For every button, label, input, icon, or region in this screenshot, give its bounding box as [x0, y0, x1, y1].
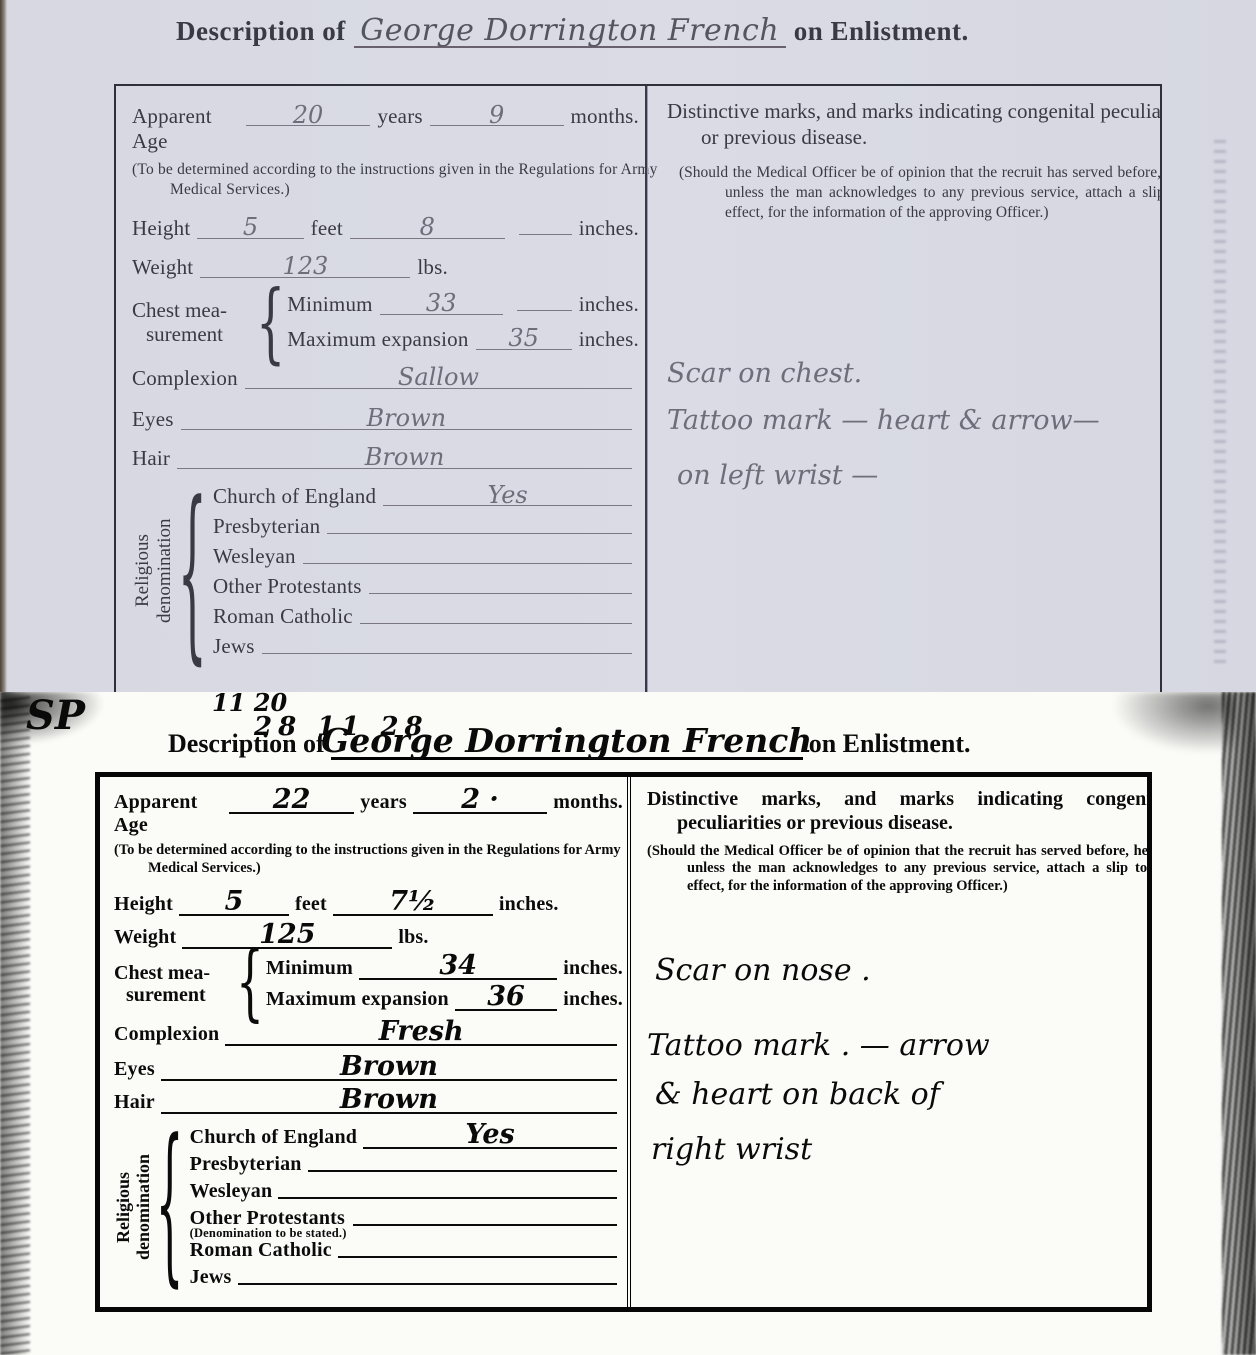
distinctive-marks-heading: Distinctive marks, and marks indicating …: [667, 98, 1162, 151]
jews-line: [238, 1266, 618, 1285]
religion-label-line1: Religious: [113, 1172, 133, 1243]
marks-line-2: Tattoo mark — heart & arrow—: [667, 410, 1162, 433]
height-inches-value: 7½: [389, 891, 436, 914]
weight-label: Weight: [132, 255, 193, 280]
roman-catholic-label: Roman Catholic: [213, 604, 353, 629]
field-weight: Weight 123 lbs.: [132, 255, 639, 280]
months-label: months.: [571, 104, 640, 129]
church-of-england-label: Church of England: [190, 1126, 358, 1149]
age-years-value: 20: [293, 105, 324, 125]
document-bottom: SP 11 20 28 11 28 Description of George …: [0, 692, 1256, 1355]
chest-minimum-value: 34: [439, 955, 477, 978]
jews-label: Jews: [213, 634, 255, 659]
religion-vertical-label: Religious denomination: [132, 481, 176, 661]
religion-rows: Church of England Yes Presbyterian Wesle…: [213, 484, 639, 659]
marks-line-1: Scar on nose .: [647, 953, 1152, 988]
chest-maximum-line: 36: [455, 993, 557, 1012]
chest-minimum-unit: inches.: [563, 957, 623, 980]
recruit-name-handwriting: George Dorrington French: [321, 724, 812, 757]
title-prefix: Description of: [168, 729, 325, 759]
age-months-value: 2 ·: [461, 789, 499, 812]
eyes-value: Brown: [367, 408, 447, 428]
age-instruction-note: (To be determined according to the instr…: [114, 842, 650, 877]
complexion-value: Sallow: [398, 367, 479, 387]
blank-line: [519, 217, 572, 235]
chest-minimum-row: Minimum 34 inches.: [266, 957, 623, 980]
chest-label-line2: surement: [132, 322, 223, 346]
apparent-age-label: Apparent Age: [114, 791, 223, 837]
height-inches-line: 7½: [333, 898, 493, 917]
complexion-label: Complexion: [114, 1023, 219, 1046]
other-protestants-label-block: Other Protestants (Denomination to be st…: [190, 1207, 347, 1239]
height-label: Height: [132, 216, 190, 241]
form-left-column: Apparent Age 22 years 2 · months. (To be…: [100, 777, 627, 1307]
presbyterian-label: Presbyterian: [213, 514, 320, 539]
chest-minimum-line: 33: [380, 297, 503, 315]
age-months-line: 9: [430, 109, 564, 127]
chest-rows: Minimum 33 inches. Maximum expansion 35 …: [287, 292, 639, 352]
field-weight: Weight 125 lbs.: [114, 926, 623, 949]
field-complexion: Complexion Sallow: [132, 366, 639, 391]
chest-label-line2: surement: [114, 984, 206, 1006]
marks-line-3: & heart on back of: [647, 1077, 1152, 1112]
hair-label: Hair: [132, 446, 170, 471]
chest-minimum-value: 33: [426, 293, 457, 313]
religion-rows: Church of England Yes Presbyterian Wesle…: [190, 1126, 623, 1289]
chest-rows: Minimum 34 inches. Maximum expansion 36 …: [266, 957, 623, 1011]
chest-brace-glyph: {: [256, 279, 285, 366]
chest-label: Chest mea- surement: [114, 962, 234, 1006]
recruit-name-line: George Dorrington French: [354, 16, 786, 48]
feet-label: feet: [295, 893, 327, 916]
lbs-label: lbs.: [417, 255, 448, 280]
title-suffix: on Enlistment.: [794, 16, 969, 47]
age-instruction-note: (To be determined according to the instr…: [132, 160, 678, 200]
religion-label-line2: denomination: [133, 1154, 153, 1260]
distinctive-marks-heading: Distinctive marks, and marks indicating …: [647, 787, 1152, 835]
age-years-value: 22: [273, 789, 311, 812]
document-top: Description of George Dorrington French …: [0, 0, 1256, 692]
chest-label-line1: Chest mea-: [132, 298, 227, 322]
other-protestants-line: [369, 576, 632, 594]
church-of-england-line: Yes: [383, 488, 632, 506]
marks-line-2: Tattoo mark . — arrow: [647, 1028, 1152, 1063]
chest-minimum-label: Minimum: [266, 957, 353, 980]
scan-artifact-right-margin: [1214, 140, 1226, 670]
hair-value: Brown: [340, 1089, 438, 1112]
field-height: Height 5 feet 8 inches.: [132, 216, 639, 241]
chest-label: Chest mea- surement: [132, 298, 254, 346]
feet-label: feet: [311, 216, 343, 241]
eyes-label: Eyes: [132, 407, 174, 432]
chest-maximum-label: Maximum expansion: [266, 988, 449, 1011]
roman-catholic-line: [338, 1239, 617, 1258]
jews-line: [262, 636, 632, 654]
months-label: months.: [553, 791, 623, 814]
height-inches-value: 8: [420, 217, 435, 237]
religion-row-other-protestants: Other Protestants: [213, 574, 639, 599]
weight-value: 125: [259, 924, 315, 947]
chest-maximum-row: Maximum expansion 36 inches.: [266, 988, 623, 1011]
page-title: Description of George Dorrington French …: [168, 724, 971, 760]
religion-row-wesleyan: Wesleyan: [213, 544, 639, 569]
field-apparent-age: Apparent Age 22 years 2 · months.: [114, 791, 623, 837]
years-label: years: [360, 791, 407, 814]
title-prefix: Description of: [176, 16, 346, 47]
field-hair: Hair Brown: [114, 1091, 623, 1114]
age-years-line: 22: [229, 795, 354, 814]
marks-line-4: right wrist: [647, 1132, 1152, 1167]
field-eyes: Eyes Brown: [132, 407, 639, 432]
distinctive-marks-handwriting: Scar on nose . Tattoo mark . — arrow & h…: [647, 953, 1152, 1167]
church-of-england-value: Yes: [465, 1124, 514, 1147]
field-religious-denomination: Religious denomination { Church of Engla…: [114, 1122, 623, 1292]
chest-minimum-unit: inches.: [579, 292, 639, 317]
religion-label-line2: denomination: [154, 519, 175, 623]
chest-maximum-unit: inches.: [579, 327, 639, 352]
height-inches-line: 8: [350, 221, 505, 239]
religion-row-other-protestants: Other Protestants (Denomination to be st…: [190, 1207, 623, 1239]
hair-line: Brown: [177, 451, 632, 469]
weight-line: 125: [182, 931, 392, 950]
presbyterian-line: [308, 1153, 617, 1172]
complexion-value: Fresh: [379, 1021, 464, 1044]
form-box: Apparent Age 20 years 9 months. (To be d…: [114, 84, 1162, 692]
wesleyan-line: [303, 546, 632, 564]
jews-label: Jews: [190, 1266, 232, 1289]
field-religious-denomination: Religious denomination { Church of Engla…: [132, 481, 639, 661]
field-eyes: Eyes Brown: [114, 1058, 623, 1081]
other-protestants-subnote: (Denomination to be stated.): [190, 1228, 347, 1239]
religion-row-church-of-england: Church of England Yes: [213, 484, 639, 509]
wesleyan-label: Wesleyan: [213, 544, 296, 569]
eyes-line: Brown: [161, 1063, 617, 1082]
religion-row-presbyterian: Presbyterian: [190, 1153, 623, 1176]
hair-label: Hair: [114, 1091, 155, 1114]
religion-row-church-of-england: Church of England Yes: [190, 1126, 623, 1149]
form-box: Apparent Age 22 years 2 · months. (To be…: [95, 772, 1152, 1312]
church-of-england-label: Church of England: [213, 484, 376, 509]
years-label: years: [377, 104, 422, 129]
lbs-label: lbs.: [398, 926, 428, 949]
height-feet-value: 5: [225, 891, 244, 914]
religion-row-wesleyan: Wesleyan: [190, 1180, 623, 1203]
handwritten-initials: SP: [26, 692, 85, 739]
distinctive-marks-handwriting: Scar on chest. Tattoo mark — heart & arr…: [667, 363, 1162, 488]
religion-vertical-label: Religious denomination: [114, 1122, 154, 1292]
title-suffix: on Enlistment.: [809, 729, 971, 759]
complexion-line: Fresh: [225, 1028, 617, 1047]
form-left-column: Apparent Age 20 years 9 months. (To be d…: [116, 86, 645, 692]
height-feet-line: 5: [179, 898, 289, 917]
religion-brace-glyph: {: [178, 477, 207, 666]
weight-value: 123: [282, 256, 328, 276]
inches-label: inches.: [579, 216, 639, 241]
religion-label-line1: Religious: [132, 535, 153, 608]
apparent-age-label: Apparent Age: [132, 104, 239, 154]
chest-brace-glyph: {: [236, 943, 264, 1027]
age-months-value: 9: [489, 105, 504, 125]
distinctive-marks-note: (Should the Medical Officer be of opinio…: [647, 843, 1152, 895]
scanned-enlistment-documents: Description of George Dorrington French …: [0, 0, 1256, 1355]
field-chest-measurement: Chest mea- surement { Minimum 33 inches.…: [132, 292, 639, 352]
page-title: Description of George Dorrington French …: [176, 16, 969, 48]
recruit-name-handwriting: George Dorrington French: [360, 16, 779, 46]
field-apparent-age: Apparent Age 20 years 9 months.: [132, 104, 639, 154]
wesleyan-line: [278, 1180, 617, 1199]
chest-label-line1: Chest mea-: [114, 962, 210, 984]
roman-catholic-label: Roman Catholic: [190, 1239, 332, 1262]
eyes-label: Eyes: [114, 1058, 155, 1081]
blank-line: [517, 293, 572, 311]
other-protestants-line: [353, 1207, 617, 1226]
religion-row-presbyterian: Presbyterian: [213, 514, 639, 539]
field-chest-measurement: Chest mea- surement { Minimum 34 inches.…: [114, 957, 623, 1011]
form-right-column: Distinctive marks, and marks indicating …: [627, 777, 1152, 1307]
presbyterian-line: [327, 516, 632, 534]
chest-minimum-line: 34: [359, 962, 557, 981]
age-months-line: 2 ·: [413, 795, 547, 814]
hair-value: Brown: [365, 447, 445, 467]
field-height: Height 5 feet 7½ inches.: [114, 893, 623, 916]
religion-row-roman-catholic: Roman Catholic: [213, 604, 639, 629]
inches-label: inches.: [499, 893, 559, 916]
recruit-name-line: George Dorrington French: [331, 724, 803, 760]
eyes-value: Brown: [340, 1056, 438, 1079]
distinctive-marks-note: (Should the Medical Officer be of opinio…: [679, 163, 1162, 223]
marks-line-3: on left wrist —: [667, 465, 1162, 488]
scan-blotch-top-right: [1096, 692, 1236, 762]
age-years-line: 20: [246, 109, 371, 127]
religion-brace-glyph: {: [156, 1122, 184, 1294]
height-feet-line: 5: [197, 221, 303, 239]
religion-row-roman-catholic: Roman Catholic: [190, 1239, 623, 1262]
field-hair: Hair Brown: [132, 446, 639, 471]
wesleyan-label: Wesleyan: [190, 1180, 273, 1203]
field-complexion: Complexion Fresh: [114, 1023, 623, 1046]
church-of-england-value: Yes: [487, 485, 527, 505]
height-label: Height: [114, 893, 173, 916]
roman-catholic-line: [360, 606, 632, 624]
marks-line-1: Scar on chest.: [667, 363, 1162, 386]
hair-line: Brown: [161, 1096, 617, 1115]
church-of-england-line: Yes: [363, 1130, 617, 1149]
chest-maximum-unit: inches.: [563, 988, 623, 1011]
chest-minimum-row: Minimum 33 inches.: [287, 292, 639, 317]
complexion-line: Sallow: [245, 371, 632, 389]
chest-maximum-value: 35: [508, 328, 539, 348]
religion-row-jews: Jews: [213, 634, 639, 659]
presbyterian-label: Presbyterian: [190, 1153, 302, 1176]
chest-maximum-row: Maximum expansion 35 inches.: [287, 327, 639, 352]
height-feet-value: 5: [243, 217, 258, 237]
chest-maximum-line: 35: [476, 332, 572, 350]
weight-line: 123: [200, 260, 410, 278]
chest-maximum-label: Maximum expansion: [287, 327, 468, 352]
complexion-label: Complexion: [132, 366, 238, 391]
eyes-line: Brown: [181, 412, 632, 430]
chest-maximum-value: 36: [487, 986, 525, 1009]
weight-label: Weight: [114, 926, 176, 949]
other-protestants-label: Other Protestants: [213, 574, 362, 599]
form-right-column: Distinctive marks, and marks indicating …: [645, 86, 1162, 692]
religion-row-jews: Jews: [190, 1266, 623, 1289]
chest-minimum-label: Minimum: [287, 292, 372, 317]
